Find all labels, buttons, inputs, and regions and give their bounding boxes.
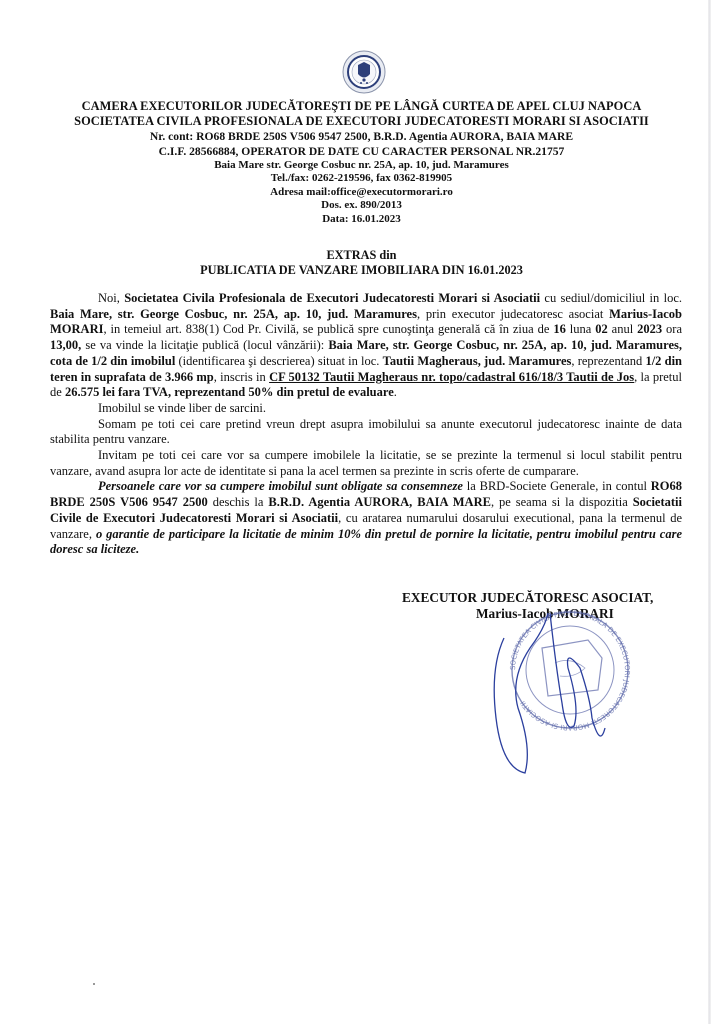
scan-speck	[93, 983, 95, 985]
chamber-name: CAMERA EXECUTORILOR JUDECĂTOREŞTI DE PE …	[60, 99, 663, 114]
handwritten-signature-icon	[494, 613, 605, 773]
paragraph-sale-notice: Noi, Societatea Civila Profesionala de E…	[50, 291, 682, 401]
letterhead: CAMERA EXECUTORILOR JUDECĂTOREŞTI DE PE …	[60, 99, 663, 226]
email-address: Adresa mail:office@executormorari.ro	[60, 186, 663, 199]
paragraph-invitation: Invitam pe toti cei care vor sa cumpere …	[50, 448, 682, 479]
document-page: CAMERA EXECUTORILOR JUDECĂTOREŞTI DE PE …	[0, 0, 723, 1024]
fiscal-code: C.I.F. 28566884, OPERATOR DE DATE CU CAR…	[60, 144, 663, 159]
document-date: Data: 16.01.2023	[60, 213, 663, 226]
document-body: Noi, Societatea Civila Profesionala de E…	[50, 291, 682, 558]
title-line-1: EXTRAS din	[60, 248, 663, 263]
bank-account: Nr. cont: RO68 BRDE 250S V506 9547 2500,…	[60, 129, 663, 144]
title-line-2: PUBLICATIA DE VANZARE IMOBILIARA DIN 16.…	[60, 263, 663, 278]
official-stamp-icon: SOCIETATEA CIVILA PROFESIONALA DE EXECUT…	[470, 608, 670, 778]
land-registry-reference: CF 50132 Tautii Magheraus nr. topo/cadas…	[269, 370, 634, 384]
paragraph-guarantee: Persoanele care vor sa cumpere imobilul …	[50, 479, 682, 558]
scan-edge	[708, 0, 711, 1024]
paragraph-free-of-charges: Imobilul se vinde liber de sarcini.	[50, 401, 682, 417]
paragraph-summons: Somam pe toti cei care pretind vreun dre…	[50, 417, 682, 448]
stamp-text: SOCIETATEA CIVILA PROFESIONALA DE EXECUT…	[509, 609, 631, 731]
document-title: EXTRAS din PUBLICATIA DE VANZARE IMOBILI…	[60, 248, 663, 278]
signatory-title: EXECUTOR JUDECĂTORESC ASOCIAT,	[402, 590, 653, 606]
company-name: SOCIETATEA CIVILA PROFESIONALA DE EXECUT…	[60, 114, 663, 129]
dossier-number: Dos. ex. 890/2013	[60, 199, 663, 212]
phone-fax: Tel./fax: 0262-219596, fax 0362-819905	[60, 172, 663, 185]
institution-seal-icon	[342, 50, 386, 94]
office-address: Baia Mare str. George Cosbuc nr. 25A, ap…	[60, 159, 663, 172]
svg-text:SOCIETATEA CIVILA PROFESIONALA: SOCIETATEA CIVILA PROFESIONALA DE EXECUT…	[509, 609, 631, 731]
